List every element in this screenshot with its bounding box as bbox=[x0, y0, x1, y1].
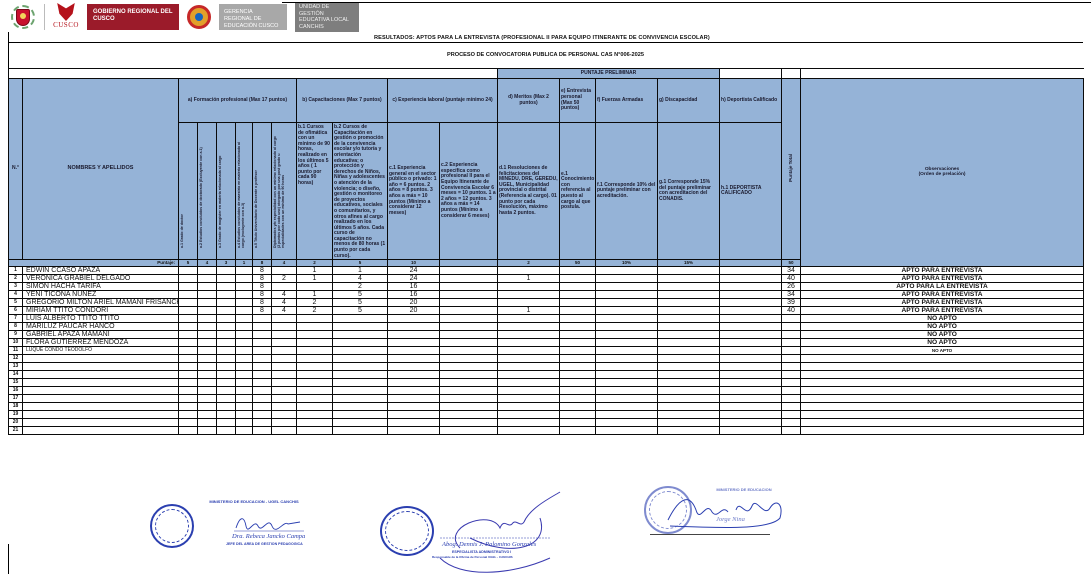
candidate-name bbox=[23, 410, 179, 418]
score-total bbox=[782, 354, 801, 362]
row-number: 1 bbox=[9, 266, 23, 274]
score-c1 bbox=[388, 346, 440, 354]
score-a4 bbox=[236, 402, 253, 410]
score-b1 bbox=[297, 386, 333, 394]
score-e1 bbox=[560, 370, 596, 378]
observation-status: APTO PARA ENTREVISTA bbox=[801, 306, 1084, 314]
signature-block-1: MINISTERIO DE EDUCACION - UGEL CANCHIS D… bbox=[146, 498, 316, 558]
score-a3 bbox=[217, 370, 236, 378]
score-b2: 5 bbox=[333, 306, 388, 314]
score-a2 bbox=[198, 410, 217, 418]
official-seal-icon bbox=[150, 504, 194, 548]
score-h1 bbox=[720, 370, 782, 378]
score-a2 bbox=[198, 290, 217, 298]
table-row: 17 bbox=[9, 394, 1084, 402]
score-a1 bbox=[179, 298, 198, 306]
score-a5 bbox=[253, 402, 272, 410]
observation-status bbox=[801, 418, 1084, 426]
table-row: 7LUIS ALBERTO TTITO TTITONO APTO bbox=[9, 314, 1084, 322]
observation-status: NO APTO bbox=[801, 322, 1084, 330]
candidate-name: GREGORIO MILTON ARIEL MAMANI FRISANCHO bbox=[23, 298, 179, 306]
puntaje-max-cell: 10 bbox=[388, 260, 440, 267]
score-a2 bbox=[198, 338, 217, 346]
ugel-canchis-label: UNIDAD DE GESTIÓN EDUCATIVA LOCAL CANCHI… bbox=[295, 2, 359, 32]
score-d1 bbox=[498, 290, 560, 298]
score-total bbox=[782, 346, 801, 354]
score-e1 bbox=[560, 322, 596, 330]
score-a5 bbox=[253, 314, 272, 322]
score-a6 bbox=[272, 330, 297, 338]
score-a1 bbox=[179, 394, 198, 402]
score-total bbox=[782, 322, 801, 330]
candidate-name bbox=[23, 378, 179, 386]
score-d1 bbox=[498, 426, 560, 434]
puntaje-max-cell: 4 bbox=[272, 260, 297, 267]
score-d1 bbox=[498, 282, 560, 290]
subheader-b1: b.1 Cursos de ofimática con un mínimo de… bbox=[297, 123, 333, 260]
score-a5 bbox=[253, 394, 272, 402]
score-a3 bbox=[217, 394, 236, 402]
score-h1 bbox=[720, 378, 782, 386]
signer-3-name: Jorge Nina bbox=[716, 516, 745, 523]
score-a6 bbox=[272, 354, 297, 362]
score-a1 bbox=[179, 306, 198, 314]
score-a6 bbox=[272, 378, 297, 386]
candidate-name: LUIS ALBERTO TTITO TTITO bbox=[23, 314, 179, 322]
score-e1 bbox=[560, 426, 596, 434]
row-number: 20 bbox=[9, 418, 23, 426]
score-g1 bbox=[658, 378, 720, 386]
score-e1 bbox=[560, 274, 596, 282]
score-b1 bbox=[297, 322, 333, 330]
puntaje-max-cell: 5 bbox=[333, 260, 388, 267]
score-c1 bbox=[388, 370, 440, 378]
score-e1 bbox=[560, 346, 596, 354]
header-rule bbox=[282, 2, 1091, 3]
observation-status bbox=[801, 386, 1084, 394]
score-a4 bbox=[236, 362, 253, 370]
score-b1: 1 bbox=[297, 290, 333, 298]
score-f1 bbox=[596, 418, 658, 426]
subheader-a4: a.4 Estudios concluidos de maestría en m… bbox=[236, 123, 253, 260]
score-c1 bbox=[388, 338, 440, 346]
score-a1 bbox=[179, 386, 198, 394]
score-total bbox=[782, 394, 801, 402]
score-c2 bbox=[440, 338, 498, 346]
candidate-name: LUQUE CONDO TEODOLFO bbox=[23, 346, 179, 354]
score-h1 bbox=[720, 322, 782, 330]
score-b1 bbox=[297, 346, 333, 354]
score-a6 bbox=[272, 386, 297, 394]
score-a5 bbox=[253, 386, 272, 394]
group-a-header: a) Formación profesional (Max 17 puntos) bbox=[179, 79, 297, 123]
score-e1 bbox=[560, 402, 596, 410]
results-body: 1EDWIN CCASO APAZA8112434APTO PARA ENTRE… bbox=[9, 266, 1084, 434]
score-a3 bbox=[217, 314, 236, 322]
row-number: 15 bbox=[9, 378, 23, 386]
score-a3 bbox=[217, 274, 236, 282]
score-d1 bbox=[498, 362, 560, 370]
puntaje-max-cell: 2 bbox=[297, 260, 333, 267]
score-a2 bbox=[198, 306, 217, 314]
signer-2-role-detail: Responsable de la Oficina de Personal UG… bbox=[432, 555, 513, 559]
score-a4 bbox=[236, 378, 253, 386]
score-g1 bbox=[658, 306, 720, 314]
score-a6 bbox=[272, 338, 297, 346]
table-row: 6MIRIAM TTITO CONDORI842520140APTO PARA … bbox=[9, 306, 1084, 314]
score-a2 bbox=[198, 282, 217, 290]
puntaje-max-cell: 50 bbox=[560, 260, 596, 267]
candidate-name: MARILUZ PAUCAR HANCO bbox=[23, 322, 179, 330]
score-h1 bbox=[720, 386, 782, 394]
puntaje-max-cell: 3 bbox=[217, 260, 236, 267]
score-f1 bbox=[596, 266, 658, 274]
score-a2 bbox=[198, 314, 217, 322]
score-d1 bbox=[498, 410, 560, 418]
score-f1 bbox=[596, 410, 658, 418]
score-c2 bbox=[440, 386, 498, 394]
subheader-d1: d.1 Resoluciones de felicitaciones del M… bbox=[498, 123, 560, 260]
score-g1 bbox=[658, 330, 720, 338]
subheader-a2: a.2 Estudios concluidos de doctorado (Ex… bbox=[198, 123, 217, 260]
observation-status: APTO PARA ENTREVISTA bbox=[801, 290, 1084, 298]
score-a5 bbox=[253, 378, 272, 386]
observation-status bbox=[801, 426, 1084, 434]
observation-status: NO APTO bbox=[801, 314, 1084, 322]
score-a5 bbox=[253, 370, 272, 378]
score-d1: 1 bbox=[498, 274, 560, 282]
score-a3 bbox=[217, 410, 236, 418]
score-total: 39 bbox=[782, 298, 801, 306]
score-e1 bbox=[560, 314, 596, 322]
puntaje-preliminar-header: PUNTAJE PRELIMINAR bbox=[498, 69, 720, 79]
score-b2 bbox=[333, 394, 388, 402]
score-a4 bbox=[236, 290, 253, 298]
score-b2 bbox=[333, 402, 388, 410]
score-c1: 24 bbox=[388, 274, 440, 282]
score-g1 bbox=[658, 426, 720, 434]
row-number: 19 bbox=[9, 410, 23, 418]
score-d1 bbox=[498, 338, 560, 346]
score-e1 bbox=[560, 290, 596, 298]
score-c2 bbox=[440, 410, 498, 418]
score-c2 bbox=[440, 314, 498, 322]
table-row: 13 bbox=[9, 362, 1084, 370]
score-a1 bbox=[179, 402, 198, 410]
table-row: 8MARILUZ PAUCAR HANCONO APTO bbox=[9, 322, 1084, 330]
score-b2 bbox=[333, 378, 388, 386]
puntaje-max-cell bbox=[720, 260, 782, 267]
score-c1: 20 bbox=[388, 298, 440, 306]
row-number: 2 bbox=[9, 274, 23, 282]
puntaje-max-cell: 1 bbox=[236, 260, 253, 267]
table-row: 10FLORA GUTIERREZ MENDOZANO APTO bbox=[9, 338, 1084, 346]
table-row: 2VERÓNICA GRABIEL DELGADO821424140APTO P… bbox=[9, 274, 1084, 282]
signer-2-role: ESPECIALISTA ADMINISTRATIVO I bbox=[452, 550, 511, 554]
candidate-name bbox=[23, 370, 179, 378]
row-number: 18 bbox=[9, 402, 23, 410]
score-c2 bbox=[440, 402, 498, 410]
score-c2 bbox=[440, 426, 498, 434]
score-b1: 2 bbox=[297, 306, 333, 314]
group-b-header: b) Capacitaciones (Max 7 puntos) bbox=[297, 79, 388, 123]
score-c1: 20 bbox=[388, 306, 440, 314]
observation-status bbox=[801, 402, 1084, 410]
score-c2 bbox=[440, 362, 498, 370]
header-spacer bbox=[801, 69, 1084, 79]
table-row: 1EDWIN CCASO APAZA8112434APTO PARA ENTRE… bbox=[9, 266, 1084, 274]
cusco-logo: CUSCO bbox=[53, 3, 79, 31]
score-f1 bbox=[596, 282, 658, 290]
score-f1 bbox=[596, 354, 658, 362]
score-a1 bbox=[179, 362, 198, 370]
table-row: 19 bbox=[9, 410, 1084, 418]
table-row: 15 bbox=[9, 378, 1084, 386]
score-a3 bbox=[217, 298, 236, 306]
row-number: 14 bbox=[9, 370, 23, 378]
score-a4 bbox=[236, 346, 253, 354]
score-a5: 8 bbox=[253, 290, 272, 298]
score-a6: 4 bbox=[272, 298, 297, 306]
signature-line bbox=[650, 534, 770, 535]
score-h1 bbox=[720, 346, 782, 354]
score-a1 bbox=[179, 378, 198, 386]
score-c2 bbox=[440, 306, 498, 314]
score-a6: 4 bbox=[272, 306, 297, 314]
score-a4 bbox=[236, 266, 253, 274]
score-b2 bbox=[333, 386, 388, 394]
candidate-name bbox=[23, 418, 179, 426]
score-a6: 4 bbox=[272, 290, 297, 298]
score-a1 bbox=[179, 274, 198, 282]
score-a5 bbox=[253, 362, 272, 370]
score-a6 bbox=[272, 266, 297, 274]
score-a6 bbox=[272, 322, 297, 330]
score-c1 bbox=[388, 314, 440, 322]
score-c1: 16 bbox=[388, 290, 440, 298]
table-row: 12 bbox=[9, 354, 1084, 362]
score-b2: 5 bbox=[333, 290, 388, 298]
score-b1 bbox=[297, 378, 333, 386]
score-b1 bbox=[297, 426, 333, 434]
candidate-name: YENI TICONA NUÑEZ bbox=[23, 290, 179, 298]
observation-status: APTO PARA ENTREVISTA bbox=[801, 274, 1084, 282]
subheader-a6: Diplomados y/o especialidad con un mínim… bbox=[272, 123, 297, 260]
score-a2 bbox=[198, 402, 217, 410]
score-total: 34 bbox=[782, 290, 801, 298]
score-a4 bbox=[236, 418, 253, 426]
score-h1 bbox=[720, 274, 782, 282]
candidate-name: FLORA GUTIERREZ MENDOZA bbox=[23, 338, 179, 346]
score-b2 bbox=[333, 370, 388, 378]
score-h1 bbox=[720, 298, 782, 306]
score-c2 bbox=[440, 322, 498, 330]
score-d1 bbox=[498, 378, 560, 386]
score-h1 bbox=[720, 426, 782, 434]
score-g1 bbox=[658, 346, 720, 354]
score-b2 bbox=[333, 362, 388, 370]
score-b1 bbox=[297, 418, 333, 426]
score-c2 bbox=[440, 378, 498, 386]
stamp-text: MINISTERIO DE EDUCACION - UGEL CANCHIS bbox=[206, 500, 302, 505]
score-a1 bbox=[179, 426, 198, 434]
score-a4 bbox=[236, 306, 253, 314]
col-names-header: NOMBRES Y APELLIDOS bbox=[23, 79, 179, 260]
score-a4 bbox=[236, 394, 253, 402]
score-a6 bbox=[272, 394, 297, 402]
score-d1 bbox=[498, 418, 560, 426]
score-c1 bbox=[388, 330, 440, 338]
score-h1 bbox=[720, 362, 782, 370]
score-c2 bbox=[440, 370, 498, 378]
score-h1 bbox=[720, 306, 782, 314]
score-a5 bbox=[253, 418, 272, 426]
score-a6 bbox=[272, 370, 297, 378]
score-b1 bbox=[297, 314, 333, 322]
score-c2 bbox=[440, 418, 498, 426]
puntaje-max-cell: 50 bbox=[782, 260, 801, 267]
row-number: 8 bbox=[9, 322, 23, 330]
score-f1 bbox=[596, 394, 658, 402]
score-a5 bbox=[253, 330, 272, 338]
score-h1 bbox=[720, 266, 782, 274]
score-a2 bbox=[198, 298, 217, 306]
score-a3 bbox=[217, 362, 236, 370]
score-c1 bbox=[388, 426, 440, 434]
score-c2 bbox=[440, 266, 498, 274]
row-number: 4 bbox=[9, 290, 23, 298]
score-f1 bbox=[596, 346, 658, 354]
group-f-header: f) Fuerzas Armadas bbox=[596, 79, 658, 123]
score-a3 bbox=[217, 322, 236, 330]
score-a1 bbox=[179, 322, 198, 330]
score-g1 bbox=[658, 402, 720, 410]
score-b2 bbox=[333, 346, 388, 354]
score-b2 bbox=[333, 354, 388, 362]
group-d-header: d) Meritos (Max 2 puntos) bbox=[498, 79, 560, 123]
score-g1 bbox=[658, 394, 720, 402]
score-a6 bbox=[272, 418, 297, 426]
score-a3 bbox=[217, 266, 236, 274]
group-g-header: g) Discapacidad bbox=[658, 79, 720, 123]
score-a1 bbox=[179, 290, 198, 298]
score-a6 bbox=[272, 426, 297, 434]
puntaje-max-cell: 2 bbox=[498, 260, 560, 267]
observation-status: NO APTO bbox=[801, 346, 1084, 354]
score-g1 bbox=[658, 370, 720, 378]
signature-block-2: Abog. Dennis J. Palomino Gonzales ESPECI… bbox=[370, 488, 570, 573]
observation-status: APTO PARA LA ENTREVISTA bbox=[801, 282, 1084, 290]
score-g1 bbox=[658, 298, 720, 306]
score-g1 bbox=[658, 322, 720, 330]
document-subtitle: PROCESO DE CONVOCATORIA PUBLICA DE PERSO… bbox=[8, 52, 1083, 58]
observation-status: NO APTO bbox=[801, 330, 1084, 338]
score-f1 bbox=[596, 322, 658, 330]
score-a6 bbox=[272, 410, 297, 418]
score-a4 bbox=[236, 426, 253, 434]
score-a5 bbox=[253, 426, 272, 434]
observation-status bbox=[801, 354, 1084, 362]
score-a5 bbox=[253, 338, 272, 346]
score-c1 bbox=[388, 354, 440, 362]
score-a1 bbox=[179, 338, 198, 346]
score-h1 bbox=[720, 394, 782, 402]
score-a4 bbox=[236, 314, 253, 322]
gerencia-regional-label: GERENCIA REGIONAL DE EDUCACIÓN CUSCO bbox=[219, 4, 287, 30]
score-e1 bbox=[560, 362, 596, 370]
score-a2 bbox=[198, 354, 217, 362]
score-e1 bbox=[560, 266, 596, 274]
table-row: 9GABRIEL APAZA MAMANINO APTO bbox=[9, 330, 1084, 338]
score-a1 bbox=[179, 282, 198, 290]
score-a6 bbox=[272, 346, 297, 354]
score-a1 bbox=[179, 418, 198, 426]
score-h1 bbox=[720, 314, 782, 322]
score-b1 bbox=[297, 354, 333, 362]
observation-status bbox=[801, 362, 1084, 370]
score-d1 bbox=[498, 370, 560, 378]
score-total: 26 bbox=[782, 282, 801, 290]
score-a3 bbox=[217, 402, 236, 410]
score-f1 bbox=[596, 386, 658, 394]
score-b2 bbox=[333, 338, 388, 346]
candidate-name bbox=[23, 386, 179, 394]
score-c1 bbox=[388, 386, 440, 394]
score-total: 34 bbox=[782, 266, 801, 274]
score-g1 bbox=[658, 386, 720, 394]
score-h1 bbox=[720, 418, 782, 426]
score-b1 bbox=[297, 362, 333, 370]
score-a6 bbox=[272, 314, 297, 322]
score-a5 bbox=[253, 346, 272, 354]
score-h1 bbox=[720, 290, 782, 298]
document-title: RESULTADOS: APTOS PARA LA ENTREVISTA (PR… bbox=[374, 35, 710, 41]
subheader-e1: e.1 Conocimiento con referencia al puest… bbox=[560, 123, 596, 260]
score-a4 bbox=[236, 274, 253, 282]
score-d1 bbox=[498, 314, 560, 322]
score-g1 bbox=[658, 314, 720, 322]
logo-divider bbox=[44, 4, 45, 30]
table-row: 18 bbox=[9, 402, 1084, 410]
score-a4 bbox=[236, 410, 253, 418]
score-a4 bbox=[236, 298, 253, 306]
score-a1 bbox=[179, 314, 198, 322]
candidate-name: VERÓNICA GRABIEL DELGADO bbox=[23, 274, 179, 282]
score-c2 bbox=[440, 274, 498, 282]
puntaje-label: Puntaje: bbox=[9, 260, 179, 267]
score-a1 bbox=[179, 410, 198, 418]
score-a3 bbox=[217, 290, 236, 298]
signer-1-role: JEFE DEL AREA DE GESTION PEDAGOGICA bbox=[226, 542, 303, 546]
score-a4 bbox=[236, 386, 253, 394]
score-d1 bbox=[498, 346, 560, 354]
score-e1 bbox=[560, 386, 596, 394]
score-a1 bbox=[179, 354, 198, 362]
score-a5: 8 bbox=[253, 266, 272, 274]
score-c2 bbox=[440, 298, 498, 306]
score-total bbox=[782, 410, 801, 418]
handwritten-signature-icon bbox=[234, 514, 304, 532]
score-a6 bbox=[272, 362, 297, 370]
score-b1: 1 bbox=[297, 266, 333, 274]
score-a2 bbox=[198, 266, 217, 274]
score-a1 bbox=[179, 266, 198, 274]
score-c1: 16 bbox=[388, 282, 440, 290]
score-b1: 1 bbox=[297, 274, 333, 282]
score-f1 bbox=[596, 298, 658, 306]
score-b2 bbox=[333, 418, 388, 426]
score-g1 bbox=[658, 338, 720, 346]
